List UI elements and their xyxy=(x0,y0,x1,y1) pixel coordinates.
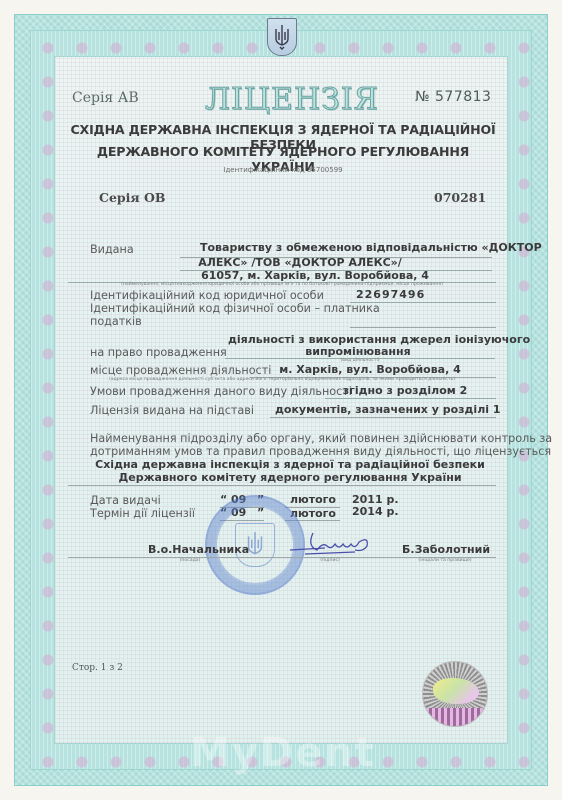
signature-hint: (підпис) xyxy=(300,558,360,563)
taxpayer-code-label-1: Ідентифікаційний код фізичної особи – пл… xyxy=(90,302,380,315)
control-body-label-1: Найменування підрозділу або органу, який… xyxy=(90,432,552,445)
series-label: Серія АВ xyxy=(72,90,139,106)
control-body-line-1: Східна державна інспекція з ядерної та р… xyxy=(80,458,500,471)
issued-to-line-1: Товариству з обмеженою відповідальністю … xyxy=(200,241,490,254)
form-series: Серія ОВ xyxy=(99,190,165,205)
location-label: місце провадження діяльності xyxy=(90,364,271,377)
issue-date-label: Дата видачі xyxy=(90,494,161,507)
license-number: № 577813 xyxy=(415,89,491,105)
issue-date-month: лютого xyxy=(290,493,336,506)
handwritten-signature-icon xyxy=(285,528,385,558)
signatory-name: Б.Заболотний xyxy=(402,543,490,556)
activity-line-2: випромінювання xyxy=(228,345,488,358)
trident-coat-of-arms-icon xyxy=(267,18,297,56)
control-body-line-2: Державного комітету ядерного регулювання… xyxy=(80,471,500,484)
location-value: м. Харків, вул. Воробйова, 4 xyxy=(250,363,490,376)
license-document: Серія АВ ЛІЦЕНЗІЯ № 577813 СХІДНА ДЕРЖАВ… xyxy=(0,0,562,800)
basis-value: документів, зазначених у розділі 1 xyxy=(275,403,495,416)
legal-code-value: 22697496 xyxy=(356,288,425,301)
validity-year: 2014 р. xyxy=(352,505,399,518)
location-hint: (адреса місця провадження діяльності суб… xyxy=(68,377,496,382)
issued-to-label: Видана xyxy=(90,243,134,256)
activity-label: на право провадження xyxy=(90,346,227,359)
name-hint: (ініціали та прізвище) xyxy=(400,558,490,563)
taxpayer-code-label-2: податків xyxy=(90,315,142,328)
basis-label: Ліцензія видана на підставі xyxy=(90,404,254,417)
issuer-code: Ідентифікаційний код 35700599 xyxy=(70,166,496,174)
signatory-position: В.о.Начальника xyxy=(148,543,249,556)
conditions-value: згідно з розділом 2 xyxy=(320,384,490,397)
legal-code-label: Ідентифікаційний код юридичної особи xyxy=(90,289,324,302)
license-title: ЛІЦЕНЗІЯ xyxy=(205,82,365,117)
issued-to-hint: (найменування, місцезнаходження юридично… xyxy=(68,282,496,287)
hologram-sticker-icon xyxy=(422,661,488,727)
validity-label: Термін дії ліцензії xyxy=(90,507,195,520)
page-number: Стор. 1 з 2 xyxy=(72,663,123,673)
conditions-label: Умови провадження даного виду діяльності xyxy=(90,385,352,398)
form-number: 070281 xyxy=(434,190,486,205)
control-body-label-2: дотриманням умов та правил провадження в… xyxy=(90,445,551,458)
issued-to-line-2: АЛЕКС» /ТОВ «ДОКТОР АЛЕКС»/ xyxy=(180,256,420,269)
issued-to-address: 61057, м. Харків, вул. Воробйова, 4 xyxy=(190,269,440,282)
position-hint: (посада) xyxy=(160,558,220,563)
watermark: MyDent xyxy=(190,730,376,776)
